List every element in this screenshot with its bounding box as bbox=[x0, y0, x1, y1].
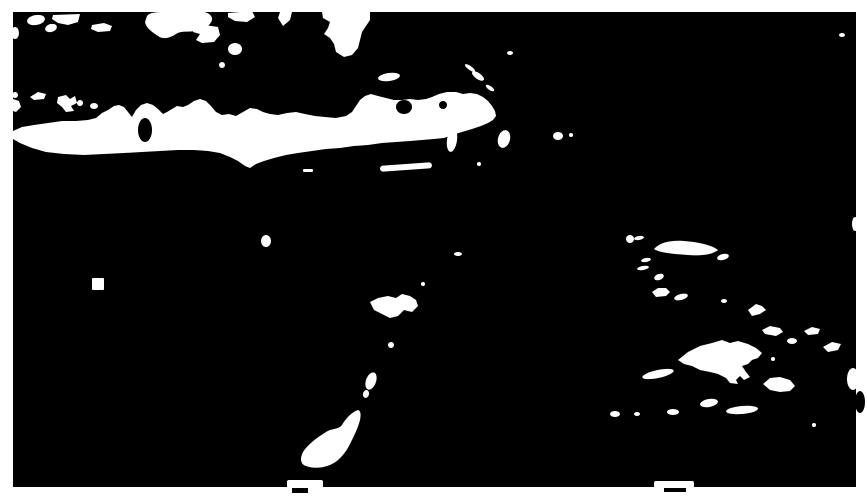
quadrant-dash bbox=[454, 252, 462, 256]
band-speck-right-2 bbox=[569, 133, 573, 137]
mass-spot bbox=[439, 101, 447, 109]
right-margin-bump bbox=[855, 391, 865, 413]
mass-notch bbox=[396, 100, 412, 114]
center-dot bbox=[261, 235, 271, 247]
band-hole bbox=[138, 118, 152, 142]
margin-bulge-right bbox=[852, 217, 858, 231]
thin-streak-dot bbox=[477, 162, 481, 166]
water-bit-3 bbox=[634, 412, 640, 416]
water-speck-3 bbox=[812, 423, 816, 427]
edge-tick-right-top bbox=[839, 33, 845, 37]
band-blob-a bbox=[12, 92, 18, 98]
bottom-tick-center bbox=[664, 488, 686, 492]
bottom-notch-left bbox=[287, 480, 323, 488]
speck-upper-right bbox=[507, 51, 513, 55]
right-edge-bump bbox=[847, 368, 859, 390]
water-blob-5 bbox=[787, 338, 797, 344]
bottom-notch-center bbox=[654, 481, 694, 488]
canopy-gap-small-1 bbox=[228, 43, 242, 55]
photo-black-field bbox=[13, 12, 856, 487]
band-speck-right-1 bbox=[553, 132, 563, 140]
binarized-photo-svg bbox=[0, 0, 867, 502]
small-square bbox=[92, 278, 104, 290]
water-dot-pair-a bbox=[626, 235, 634, 243]
band-blob-c bbox=[77, 100, 83, 106]
water-speck-1 bbox=[721, 299, 727, 303]
thin-streak-dash bbox=[303, 169, 313, 172]
figure-canvas bbox=[0, 0, 867, 502]
canopy-dot bbox=[219, 62, 225, 68]
corner-notch bbox=[11, 27, 19, 39]
water-bit-2 bbox=[610, 411, 620, 417]
water-bit-1 bbox=[667, 409, 679, 415]
mid-right-speck bbox=[421, 282, 425, 286]
mid-right-dot bbox=[388, 342, 394, 348]
band-blob-d bbox=[90, 103, 98, 109]
bottom-tick-left bbox=[292, 488, 308, 493]
water-speck-2 bbox=[771, 357, 775, 361]
